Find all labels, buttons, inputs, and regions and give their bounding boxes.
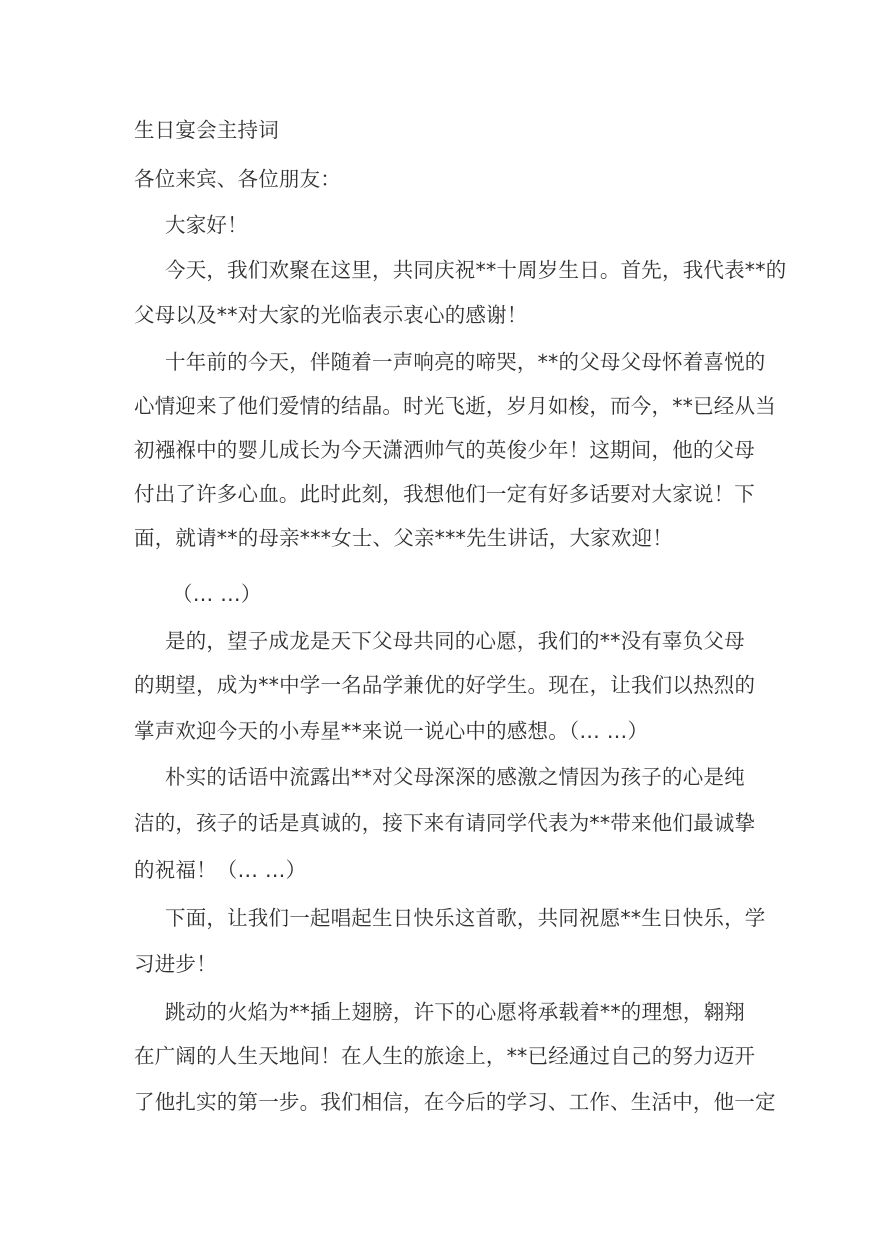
paragraph-line: 十年前的今天，伴随着一声响亮的啼哭，**的父母父母怀着喜悦的 bbox=[165, 348, 766, 376]
document-title: 生日宴会主持词 bbox=[134, 116, 279, 144]
paragraph-line: 跳动的火焰为**插上翅膀，许下的心愿将承载着**的理想，翱翔 bbox=[165, 998, 745, 1026]
paragraph-line: 在广阔的人生天地间！在人生的旅途上，**已经通过自己的努力迈开 bbox=[134, 1042, 755, 1070]
paragraph-line: 的祝福！（… …） bbox=[134, 856, 306, 884]
paragraph-line: 初襁褓中的婴儿成长为今天潇洒帅气的英俊少年！这期间，他的父母 bbox=[134, 436, 755, 464]
paragraph-line: 是的，望子成龙是天下父母共同的心愿，我们的**没有辜负父母 bbox=[165, 627, 745, 655]
greeting: 各位来宾、各位朋友： bbox=[134, 165, 341, 193]
paragraph-line: 今天，我们欢聚在这里，共同庆祝**十周岁生日。首先，我代表**的 bbox=[165, 256, 786, 284]
paragraph-line: 掌声欢迎今天的小寿星**来说一说心中的感想。（… …） bbox=[134, 717, 648, 745]
paragraph-line: 面，就请**的母亲***女士、父亲***先生讲话，大家欢迎！ bbox=[134, 524, 673, 552]
paragraph-line: 心情迎来了他们爱情的结晶。时光飞逝，岁月如梭，而今，**已经从当 bbox=[134, 392, 776, 420]
paragraph-line: 下面，让我们一起唱起生日快乐这首歌，共同祝愿**生日快乐，学 bbox=[165, 904, 766, 932]
paragraph-line: 洁的，孩子的话是真诚的，接下来有请同学代表为**带来他们最诚挚 bbox=[134, 809, 755, 837]
paragraph-line: 大家好！ bbox=[165, 211, 248, 239]
paragraph-line: 的期望，成为**中学一名品学兼优的好学生。现在，让我们以热烈的 bbox=[134, 671, 755, 699]
document-page: 生日宴会主持词 各位来宾、各位朋友： 大家好！ 今天，我们欢聚在这里，共同庆祝*… bbox=[0, 0, 884, 1250]
ellipsis-line: （… …） bbox=[172, 580, 262, 608]
paragraph-line: 父母以及**对大家的光临表示衷心的感谢！ bbox=[134, 301, 528, 329]
paragraph-line: 付出了许多心血。此时此刻，我想他们一定有好多话要对大家说！下 bbox=[134, 480, 755, 508]
paragraph-line: 习进步！ bbox=[134, 950, 217, 978]
paragraph-line: 朴实的话语中流露出**对父母深深的感激之情因为孩子的心是纯 bbox=[165, 763, 745, 791]
paragraph-line: 了他扎实的第一步。我们相信，在今后的学习、工作、生活中，他一定 bbox=[134, 1088, 776, 1116]
